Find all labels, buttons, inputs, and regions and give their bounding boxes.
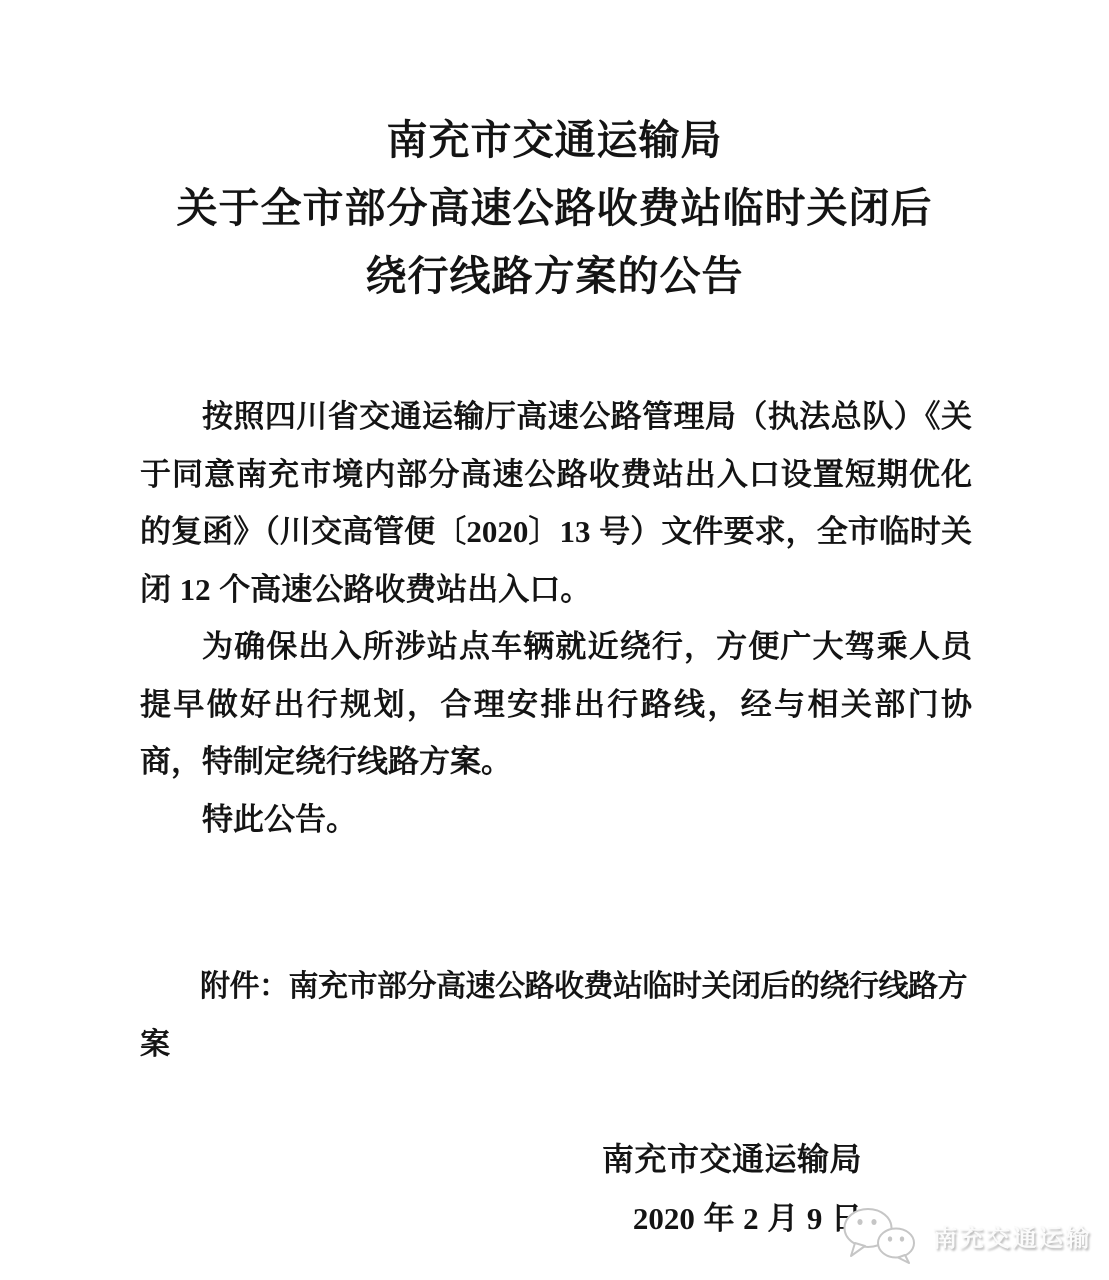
date-month-label: 月 <box>759 1201 807 1236</box>
paragraph-1-text: 〕 <box>528 514 559 549</box>
attachment-line: 附件：南充市部分高速公路收费站临时关闭后的绕行线路方案 <box>140 958 972 1073</box>
paragraph-2: 为确保出入所涉站点车辆就近绕行，方便广大驾乘人员提早做好出行规划，合理安排出行路… <box>140 618 972 791</box>
doc-number-13: 13 <box>559 514 590 549</box>
date-year-label: 年 <box>695 1201 743 1236</box>
document-body: 按照四川省交通运输厅高速公路管理局（执法总队）《关于同意南充市境内部分高速公路收… <box>140 388 972 1249</box>
watermark: 南充交通运输 <box>841 1206 1092 1264</box>
station-count-12: 12 <box>180 572 211 607</box>
wechat-icon <box>841 1206 917 1264</box>
title-line-1: 南充市交通运输局 <box>0 106 1109 174</box>
doc-number-year: 2020 <box>466 514 528 549</box>
date-day: 9 <box>807 1201 823 1236</box>
watermark-label: 南充交通运输 <box>933 1218 1092 1253</box>
title-line-3: 绕行线路方案的公告 <box>0 242 1109 310</box>
paragraph-1-text: 个高速公路收费站出入口。 <box>211 572 592 607</box>
signature-org: 南充市交通运输局 <box>140 1129 862 1189</box>
date-month: 2 <box>743 1201 759 1236</box>
date-year: 2020 <box>633 1201 695 1236</box>
title-line-2: 关于全市部分高速公路收费站临时关闭后 <box>0 174 1109 242</box>
paragraph-3: 特此公告。 <box>140 791 972 849</box>
paragraph-1: 按照四川省交通运输厅高速公路管理局（执法总队）《关于同意南充市境内部分高速公路收… <box>140 388 972 618</box>
document-page: 南充市交通运输局 关于全市部分高速公路收费站临时关闭后 绕行线路方案的公告 按照… <box>0 0 1109 1280</box>
document-title: 南充市交通运输局 关于全市部分高速公路收费站临时关闭后 绕行线路方案的公告 <box>0 0 1109 310</box>
signature-date: 2020 年 2 月 9 日 <box>140 1189 862 1249</box>
